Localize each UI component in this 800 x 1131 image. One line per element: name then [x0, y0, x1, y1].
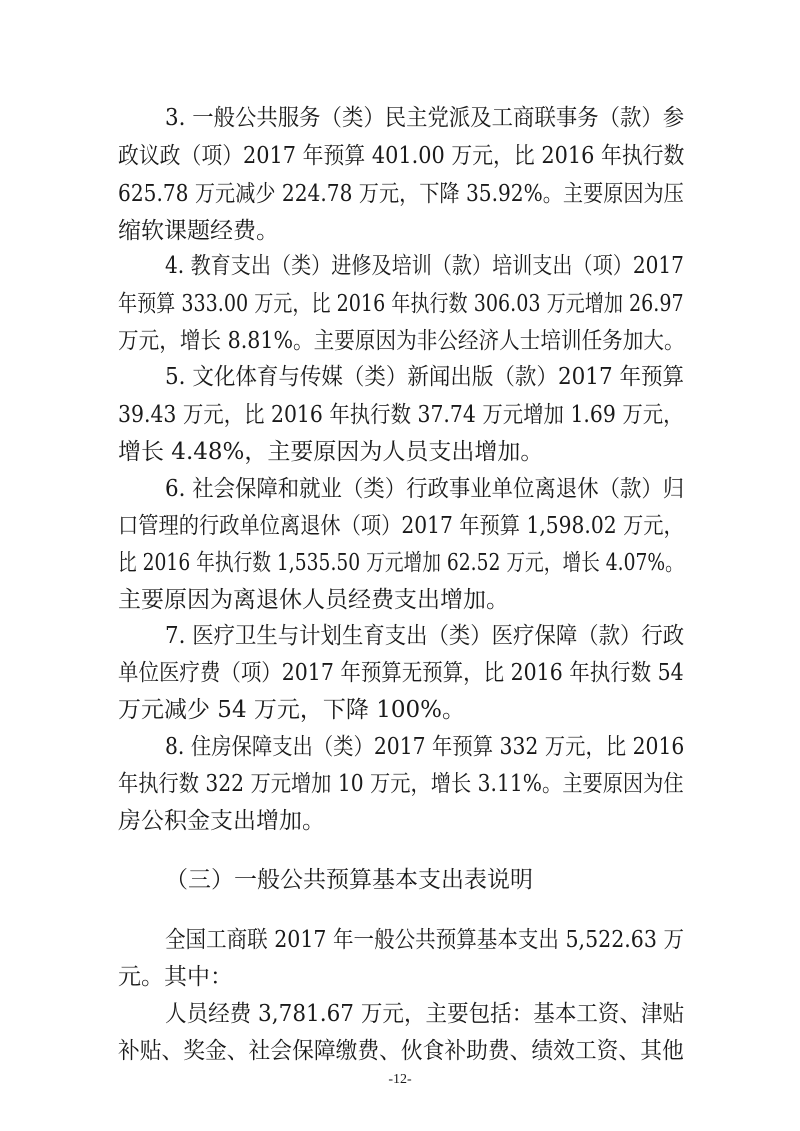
text-line: 人员经费 3,781.67 万元，主要包括：基本工资、津贴 [165, 996, 651, 1032]
text-line: 8. 住房保障支出（类）2017 年预算 332 万元，比 2016 [165, 729, 624, 765]
text-line: 4. 教育支出（类）进修及培训（款）培训支出（项）2017 [165, 248, 619, 284]
page-number: -12- [0, 1072, 800, 1088]
text-line: 年执行数 322 万元增加 10 万元，增长 3.11%。主要原因为住 [118, 766, 616, 802]
text-line: 政议政（项）2017 年预算 401.00 万元，比 2016 年执行数 [118, 138, 631, 174]
text-line: 比 2016 年执行数 1,535.50 万元增加 62.52 万元，增长 4.… [118, 545, 578, 581]
text-line: 3. 一般公共服务（类）民主党派及工商联事务（款）参 [165, 100, 648, 136]
text-line: 万元，增长 8.81%。主要原因为非公经济人士培训任务加大。 [118, 323, 625, 359]
text-line: 缩软课题经费。 [118, 213, 684, 249]
text-line: 元。其中： [118, 959, 684, 995]
text-line: 7. 医疗卫生与计划生育支出（类）医疗保障（款）行政 [165, 618, 648, 654]
section-heading: （三）一般公共预算基本支出表说明 [165, 862, 731, 898]
text-line: 6. 社会保障和就业（类）行政事业单位离退休（款）归 [165, 471, 648, 507]
text-line: 增长 4.48%，主要原因为人员支出增加。 [118, 434, 684, 470]
text-line: 主要原因为离退休人员经费支出增加。 [118, 582, 684, 618]
text-line: 年预算 333.00 万元，比 2016 年执行数 306.03 万元增加 26… [118, 286, 588, 322]
text-line: 补贴、奖金、社会保障缴费、伙食补助费、绩效工资、其他 [118, 1033, 653, 1069]
text-line: 房公积金支出增加。 [118, 803, 684, 839]
text-line: 单位医疗费（项）2017 年预算无预算，比 2016 年执行数 54 [118, 655, 622, 691]
text-line: 5. 文化体育与传媒（类）新闻出版（款）2017 年预算 [165, 359, 650, 395]
text-line: 口管理的行政单位离退休（项）2017 年预算 1,598.02 万元， [118, 508, 616, 544]
text-line: 万元减少 54 万元，下降 100%。 [118, 692, 684, 728]
text-line: 39.43 万元，比 2016 年执行数 37.74 万元增加 1.69 万元， [118, 397, 620, 433]
document-page: 3. 一般公共服务（类）民主党派及工商联事务（款）参 政议政（项）2017 年预… [0, 0, 800, 1131]
text-line: 625.78 万元减少 224.78 万元，下降 35.92%。主要原因为压 [118, 176, 614, 212]
text-line: 全国工商联 2017 年一般公共预算基本支出 5,522.63 万 [165, 922, 628, 958]
